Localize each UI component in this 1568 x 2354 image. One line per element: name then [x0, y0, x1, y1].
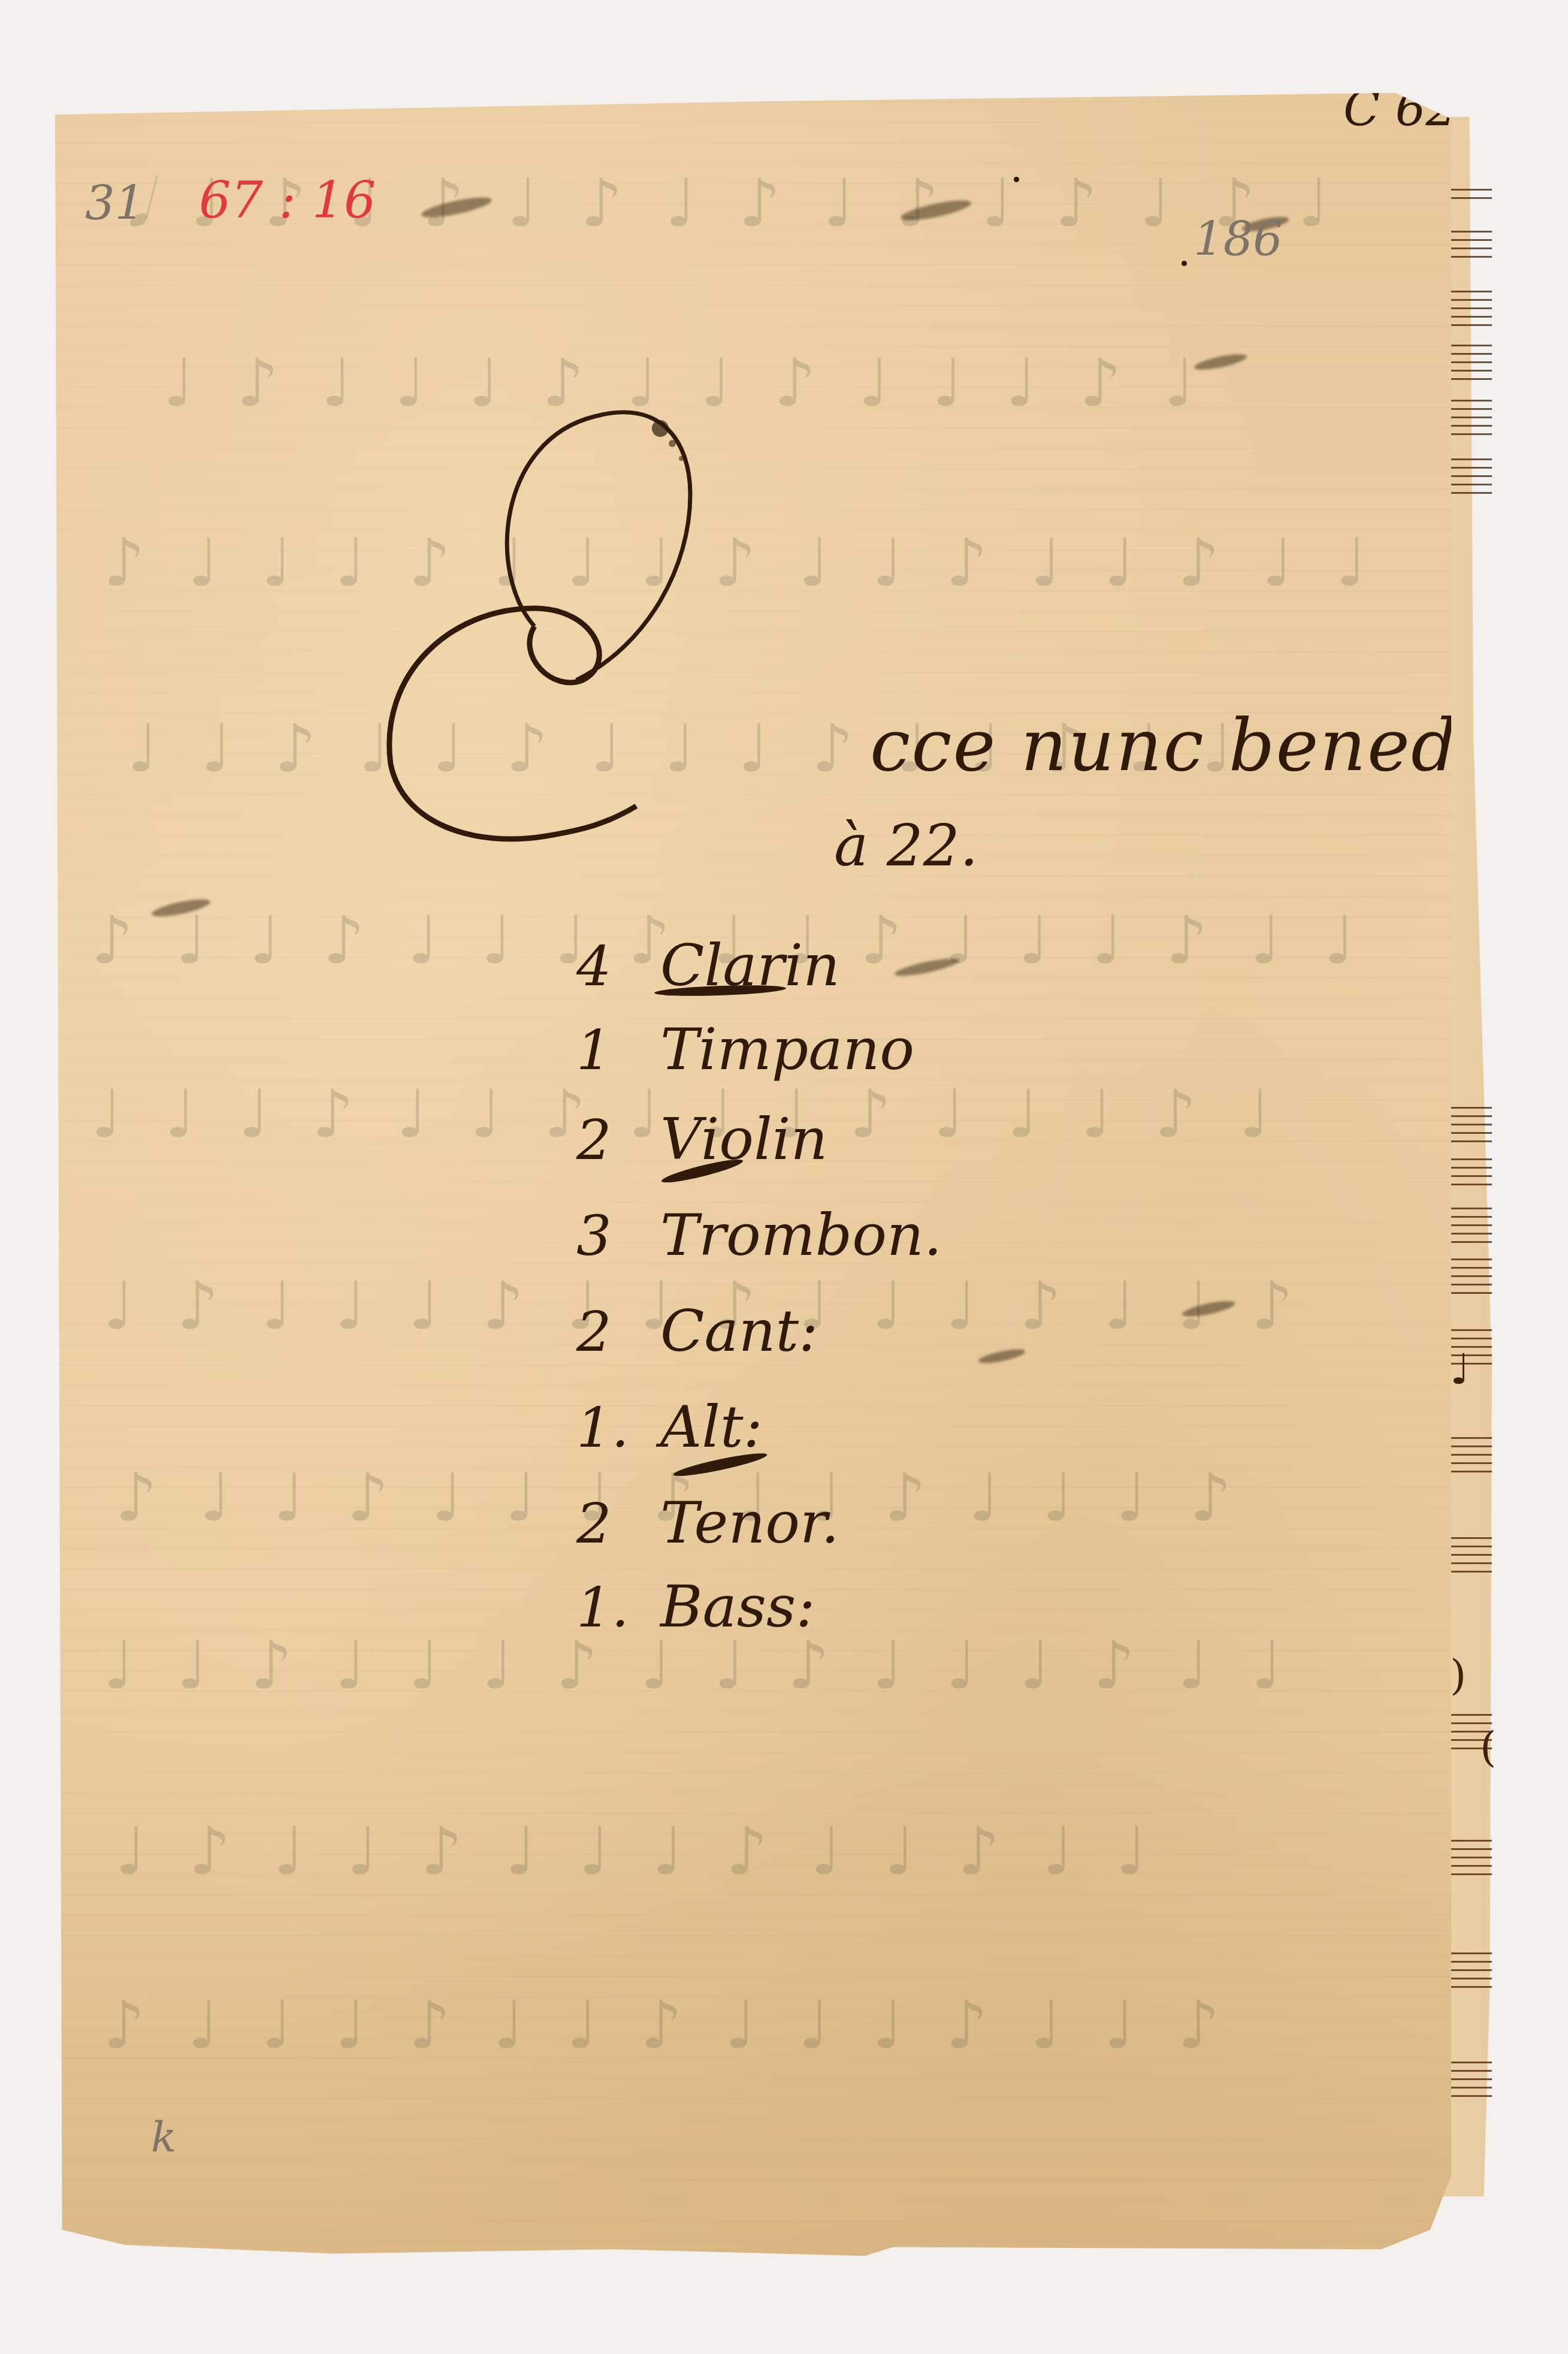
manuscript-page: 𝅘𝅥 ♩ ♪ ♩ ♪ ♩ ♪ ♩ ♪ ♩ ♪ ♩ ♪ ♩ ♪ ♩ ♩ ♪ ♩ ♩… — [55, 93, 1451, 2262]
scoring-row-tenor: 2 Tenor. — [576, 1489, 839, 1556]
staff-fragment — [1450, 1158, 1492, 1192]
scoring-row-alto: 1. Alt: — [576, 1393, 763, 1460]
verso-bleed-through: ♪ ♩ ♩ ♩ ♪ ♩ ♩ ♪ ♩ ♩ ♩ ♪ ♩ ♩ ♪ — [103, 1987, 1230, 2063]
staff-fragment — [1450, 458, 1492, 500]
red-shelfmark: 67 : 16 — [199, 171, 376, 230]
decorative-initial-e-icon — [379, 393, 822, 848]
scoring-count: 2 — [576, 1108, 660, 1172]
scoring-row-trombon: 3 Trombon. — [576, 1202, 942, 1269]
scoring-count: 4 — [576, 934, 660, 998]
scoring-part: Bass: — [660, 1573, 815, 1640]
music-note-fragment: ) — [1450, 1654, 1466, 1696]
staff-fragment — [1450, 1537, 1492, 1579]
scoring-row-cantus: 2 Cant: — [576, 1297, 818, 1365]
scoring-count: 1. — [576, 1396, 660, 1460]
scoring-count: 1. — [576, 1576, 660, 1640]
scoring-part: Tenor. — [660, 1489, 839, 1556]
scoring-part: Alt: — [660, 1393, 763, 1460]
staff-fragment — [1450, 1952, 1492, 1994]
scoring-count: 2 — [576, 1492, 660, 1556]
staff-fragment — [1450, 1437, 1492, 1479]
verso-bleed-through: ♩ ♪ ♩ ♩ ♪ ♩ ♩ ♩ ♪ ♩ ♩ ♪ ♩ ♩ — [115, 1813, 1158, 1890]
scoring-count: 2 — [576, 1300, 660, 1364]
ink-speck — [1014, 177, 1019, 182]
scoring-part: Timpano — [660, 1016, 914, 1083]
pencil-folio-number: 31 — [85, 177, 144, 231]
music-note-fragment: ( — [1480, 1726, 1496, 1768]
staff-fragment — [1450, 1259, 1492, 1300]
scoring-count: 1 — [576, 1018, 660, 1082]
scoring-part: Trombon. — [660, 1202, 942, 1269]
staff-fragment — [1450, 2062, 1492, 2103]
pencil-bottom-mark: k — [151, 2112, 176, 2162]
scoring-row-violin: 2 Violin — [576, 1106, 827, 1173]
staff-fragment — [1450, 400, 1492, 442]
staff-fragment — [1450, 1840, 1492, 1882]
scoring-count: 3 — [576, 1204, 660, 1268]
scoring-part: Violin — [660, 1106, 827, 1173]
staff-fragment — [1450, 189, 1492, 206]
scoring-row-bass: 1. Bass: — [576, 1573, 815, 1640]
staff-fragment — [1450, 1208, 1492, 1250]
scoring-part: Cant: — [660, 1297, 818, 1365]
ink-speck — [1182, 261, 1187, 266]
scoring-row-timpano: 1 Timpano — [576, 1016, 914, 1083]
staff-fragment — [1450, 291, 1492, 333]
ink-smudge — [977, 1347, 1026, 1366]
staff-fragment — [1450, 1107, 1492, 1149]
pencil-catalog-number: 186 — [1194, 213, 1283, 267]
title-subtitle: à 22. — [834, 812, 978, 879]
music-note-fragment: ♩ — [1450, 1348, 1470, 1390]
staff-fragment — [1450, 345, 1492, 387]
staff-fragment — [1450, 231, 1492, 264]
